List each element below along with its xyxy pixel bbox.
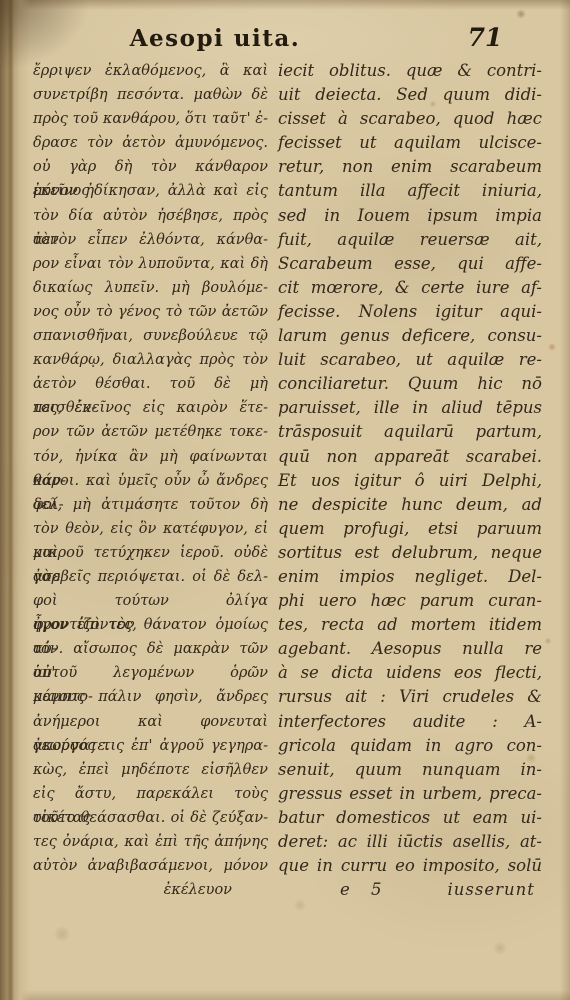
text-line: retur, non enim scarabeum [278,155,542,179]
text-line: ρον εἶναι τὸν λυποῦντα, καὶ δὴ [33,252,268,276]
text-line: ne despicite hunc deum, ad [278,493,542,517]
running-header-title: Aesopi uita. [95,25,335,52]
text-line: ρον τῶν ἀετῶν μετέθηκε τοκε- [33,420,268,444]
text-line: que in curru eo imposito, solū [278,854,542,878]
text-line: τες ὀνάρια, καὶ ἐπὶ τῆς ἀπήνης [33,830,268,854]
text-line: uit deiecta. Sed quum didi- [278,83,542,107]
text-line: luit scarabeo, ut aquilæ re- [278,348,542,372]
text-line: rursus ait : Viri crudeles & [278,685,542,709]
text-line: agebant. Aesopus nulla re [278,637,542,661]
text-line: τοῦτο θεάσασθαι. οἱ δὲ ζεύξαν- [33,806,268,830]
text-line: ἀετὸν θέσθαι. τοῦ δὲ μὴ πεισθέν- [33,372,268,396]
text-line: τόν. αἴσωπος δὲ μακρὰν τῶν ὑπ' [33,637,268,661]
text-line: αὐτὸν ἀναβιβασάμενοι, μόνον [33,854,268,878]
text-line: fecisse. Nolens igitur aqui- [278,300,542,324]
text-line: μικροῦ τετύχηκεν ἱεροῦ. οὐδὲ γὰρ [33,541,268,565]
latin-text-column: iecit oblitus. quæ & contri-uit deiecta.… [278,59,542,902]
signature-mark: e 5 [340,878,390,902]
text-line: batur domesticos ut eam ui- [278,806,542,830]
page-number: 71 [455,23,515,52]
text-line: gricola quidam in agro con- [278,734,542,758]
text-line: senuit, quum nunquam in- [278,758,542,782]
book-page-scan: Aesopi uita. 71 ἔρριψεν ἐκλαθόμενος, ἃ κ… [0,0,570,1000]
text-line: γεωργός τις ἐπ' ἀγροῦ γεγηρα- [33,734,268,758]
text-line: phi uero hæc parum curan- [278,589,542,613]
text-line: εἰς ἄστυ, παρεκάλει τοὺς οἰκέτας [33,782,268,806]
text-line: σπανισθῆναι, συνεβούλευε τῷ [33,324,268,348]
text-line: fuit, aquilæ reuersæ ait, [278,228,542,252]
text-line: à se dicta uidens eos flecti, [278,661,542,685]
text-line: κανθάρῳ, διαλλαγὰς πρὸς τὸν [33,348,268,372]
text-line: trāsposuit aquilarū partum, [278,420,542,444]
text-line: gressus esset in urbem, preca- [278,782,542,806]
text-line: sortitus est delubrum, neque [278,541,542,565]
text-line: αὐτοῦ λεγομένων ὁρῶν καμπτο- [33,661,268,685]
text-line: νος οὖν τὸ γένος τὸ τῶν ἀετῶν [33,300,268,324]
text-line: ἀετὸν εἶπεν ἐλθόντα, κάνθα- [33,228,268,252]
text-line: τὸν δία αὐτὸν ἠσέβησε, πρὸς τὸν [33,204,268,228]
text-line: tantum illa affecit iniuria, [278,179,542,203]
text-line: enim impios negliget. Del- [278,565,542,589]
text-line: ἀσεβεῖς περιόψεται. οἱ δὲ δελ- [33,565,268,589]
text-line: τος, ἐκεῖνος εἰς καιρὸν ἕτε- [33,396,268,420]
text-line: οὐ γὰρ δὴ τὸν κάνθαρον ἐκεῖνος [33,155,268,179]
text-line: larum genus deficere, consu- [278,324,542,348]
latin-lines: iecit oblitus. quæ & contri-uit deiecta.… [278,59,542,878]
text-line: paruisset, ille in aliud tēpus [278,396,542,420]
text-line: φοί, μὴ ἀτιμάσητε τοῦτον δὴ [33,493,268,517]
greek-text-column: ἔρριψεν ἐκλαθόμενος, ἃ καὶσυνετρίβη πεσό… [33,59,268,902]
text-line: κὼς, ἐπεὶ μηδέποτε εἰσῆλθεν [33,758,268,782]
text-line: quū non appareāt scarabei. [278,445,542,469]
text-line: Et uos igitur ô uiri Delphi, [278,469,542,493]
text-line: ἦγον ἐπὶ τὸν θάνατον ὁμοίως αὐ- [33,613,268,637]
text-line: sed in Iouem ipsum impia [278,204,542,228]
text-line: conciliaretur. Quum hic nō [278,372,542,396]
text-line: μόνον ἠδίκησαν, ἀλλὰ καὶ εἰς [33,179,268,203]
text-line: τόν, ἡνίκα ἂν μὴ φαίνωνται κάν- [33,445,268,469]
text-line: cit mœrore, & certe iure af- [278,276,542,300]
greek-catchword: ἐκέλευον [33,878,268,902]
text-line: iecit oblitus. quæ & contri- [278,59,542,83]
text-line: cisset à scarabeo, quod hæc [278,107,542,131]
text-line: πρὸς τοῦ κανθάρου, ὅτι ταῦτ' ἐ- [33,107,268,131]
text-line: ἀνήμεροι καὶ φονευταὶ ἀκούσατε. [33,710,268,734]
text-line: quem profugi, etsi paruum [278,517,542,541]
text-line: φοὶ τούτων ὀλίγα φροντίζοντες, [33,589,268,613]
text-line: θαροι. καὶ ὑμεῖς οὖν ὦ ἄνδρες δελ- [33,469,268,493]
text-line: δρασε τὸν ἀετὸν ἀμυνόμενος. [33,131,268,155]
text-line: συνετρίβη πεσόντα. μαθὼν δὲ [33,83,268,107]
text-line: interfectores audite : A- [278,710,542,734]
text-line: ἔρριψεν ἐκλαθόμενος, ἃ καὶ [33,59,268,83]
text-line: τὸν θεὸν, εἰς ὃν κατέφυγον, εἰ καὶ [33,517,268,541]
text-line: δικαίως λυπεῖν. μὴ βουλόμε- [33,276,268,300]
greek-lines: ἔρριψεν ἐκλαθόμενος, ἃ καὶσυνετρίβη πεσό… [33,59,268,878]
text-line: Scarabeum esse, qui affe- [278,252,542,276]
text-line: tes, recta ad mortem itidem [278,613,542,637]
text-line: fecisset ut aquilam ulcisce- [278,131,542,155]
latin-catchword: iusserunt [448,878,535,902]
text-line: μένους πάλιν φησὶν, ἄνδρες [33,685,268,709]
signature-line: e 5 iusserunt [278,878,542,902]
text-line: deret: ac illi iūctis asellis, at- [278,830,542,854]
